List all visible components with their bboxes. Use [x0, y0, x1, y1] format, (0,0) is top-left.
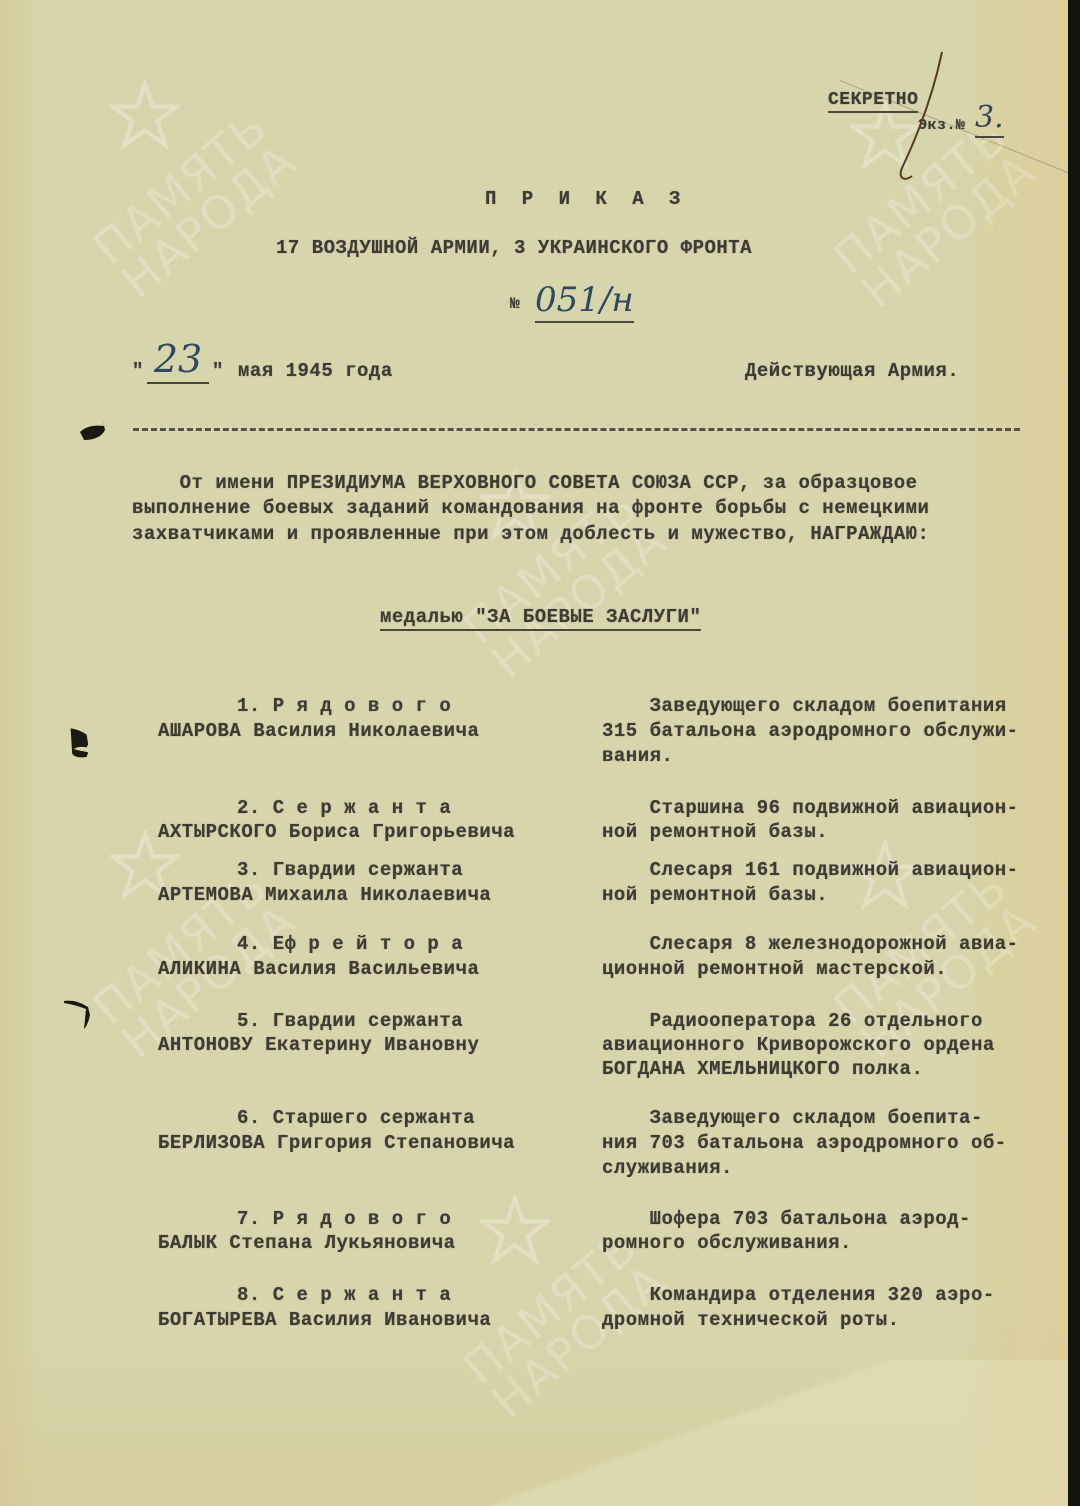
- watermark: ПАМЯТЬ НАРОДА: [86, 103, 303, 305]
- awardee-position: авиационного Криворожского ордена: [602, 1034, 995, 1056]
- awardee-position: Заведующего складом боепитания: [602, 695, 1007, 717]
- awardee-name: БЕРЛИЗОВА Григория Степановича: [158, 1132, 515, 1154]
- document-subtitle: 17 ВОЗДУШНОЙ АРМИИ, 3 УКРАИНСКОГО ФРОНТА: [276, 237, 752, 259]
- awardee-position: служивания.: [602, 1157, 733, 1179]
- binder-hole: [64, 725, 98, 765]
- awardee-position: Слесаря 161 подвижной авиацион-: [602, 859, 1019, 881]
- order-number: 051/н: [535, 280, 634, 323]
- awardee-rank: 7. Р я д о в о г о: [237, 1208, 451, 1230]
- awardee-position: вания.: [602, 745, 673, 767]
- binder-hole: [74, 410, 108, 450]
- pen-mark: [890, 50, 950, 190]
- date-day: 23: [147, 337, 209, 384]
- document-page: ПАМЯТЬ НАРОДА ПАМЯТЬ НАРОДА ПАМЯТЬ НАРОД…: [0, 0, 1068, 1506]
- date-close-quote: ": [212, 360, 224, 382]
- awardee-name: АНТОНОВУ Екатерину Ивановну: [158, 1034, 479, 1056]
- awardee-name: АЛИКИНА Василия Васильевича: [158, 958, 479, 980]
- awardee-position: дромной технической роты.: [602, 1309, 900, 1331]
- awardee-position: 315 батальона аэродромного обслужи-: [602, 720, 1019, 742]
- star-icon: [480, 1195, 550, 1265]
- awardee-rank: 2. С е р ж а н т а: [237, 797, 451, 819]
- order-number-label: №: [510, 295, 520, 313]
- separator-line: [133, 428, 1020, 431]
- awardee-rank: 5. Гвардии сержанта: [237, 1010, 463, 1032]
- awardee-rank: 8. С е р ж а н т а: [237, 1284, 451, 1306]
- date-text: мая 1945 года: [238, 360, 393, 382]
- binder-hole: [62, 995, 96, 1035]
- awardee-position: ния 703 батальона аэродромного об-: [602, 1132, 1007, 1154]
- preamble-line: От имени ПРЕЗИДИУМА ВЕРХОВНОГО СОВЕТА СО…: [132, 472, 918, 494]
- awardee-position: Радиооператора 26 отдельного: [602, 1010, 983, 1032]
- awardee-name: АШАРОВА Василия Николаевича: [158, 720, 479, 742]
- awardee-position: Заведующего складом боепита-: [602, 1107, 983, 1129]
- awardee-rank: 4. Еф р е й т о р а: [237, 933, 463, 955]
- watermark-line: НАРОДА: [114, 137, 303, 305]
- document-title: П Р И К А З: [485, 188, 687, 210]
- awardee-position: ционной ремонтной мастерской.: [602, 958, 947, 980]
- awardee-position: Старшина 96 подвижной авиацион-: [602, 797, 1019, 819]
- awardee-rank: 1. Р я д о в о г о: [237, 695, 451, 717]
- location: Действующая Армия.: [745, 360, 959, 382]
- preamble-line: выполнение боевых заданий командования н…: [132, 497, 929, 519]
- awardee-position: БОГДАНА ХМЕЛЬНИЦКОГО полка.: [602, 1058, 923, 1080]
- awardee-name: АХТЫРСКОГО Бориса Григорьевича: [158, 821, 515, 843]
- awardee-position: ной ремонтной базы.: [602, 821, 828, 843]
- awardee-position: ромного обслуживания.: [602, 1232, 852, 1254]
- date-open-quote: ": [132, 360, 144, 382]
- awardee-position: Командира отделения 320 аэро-: [602, 1284, 995, 1306]
- watermark-line: ПАМЯТЬ: [86, 103, 275, 271]
- awardee-position: ной ремонтной базы.: [602, 884, 828, 906]
- scan-edge: [1068, 0, 1080, 1506]
- awardee-name: БОГАТЫРЕВА Василия Ивановича: [158, 1309, 491, 1331]
- awardee-position: Шофера 703 батальона аэрод-: [602, 1208, 971, 1230]
- preamble-line: захватчиками и проявленные при этом добл…: [132, 523, 929, 545]
- awardee-position: Слесаря 8 железнодорожной авиа-: [602, 933, 1019, 955]
- paper-fold: [0, 1360, 1068, 1506]
- awardee-name: АРТЕМОВА Михаила Николаевича: [158, 884, 491, 906]
- awardee-rank: 3. Гвардии сержанта: [237, 859, 463, 881]
- awardee-rank: 6. Старшего сержанта: [237, 1107, 475, 1129]
- award-heading: медалью "ЗА БОЕВЫЕ ЗАСЛУГИ": [380, 606, 701, 631]
- copy-number: 3.: [975, 100, 1004, 138]
- awardee-name: БАЛЫК Степана Лукьяновича: [158, 1232, 456, 1254]
- star-icon: [110, 80, 180, 150]
